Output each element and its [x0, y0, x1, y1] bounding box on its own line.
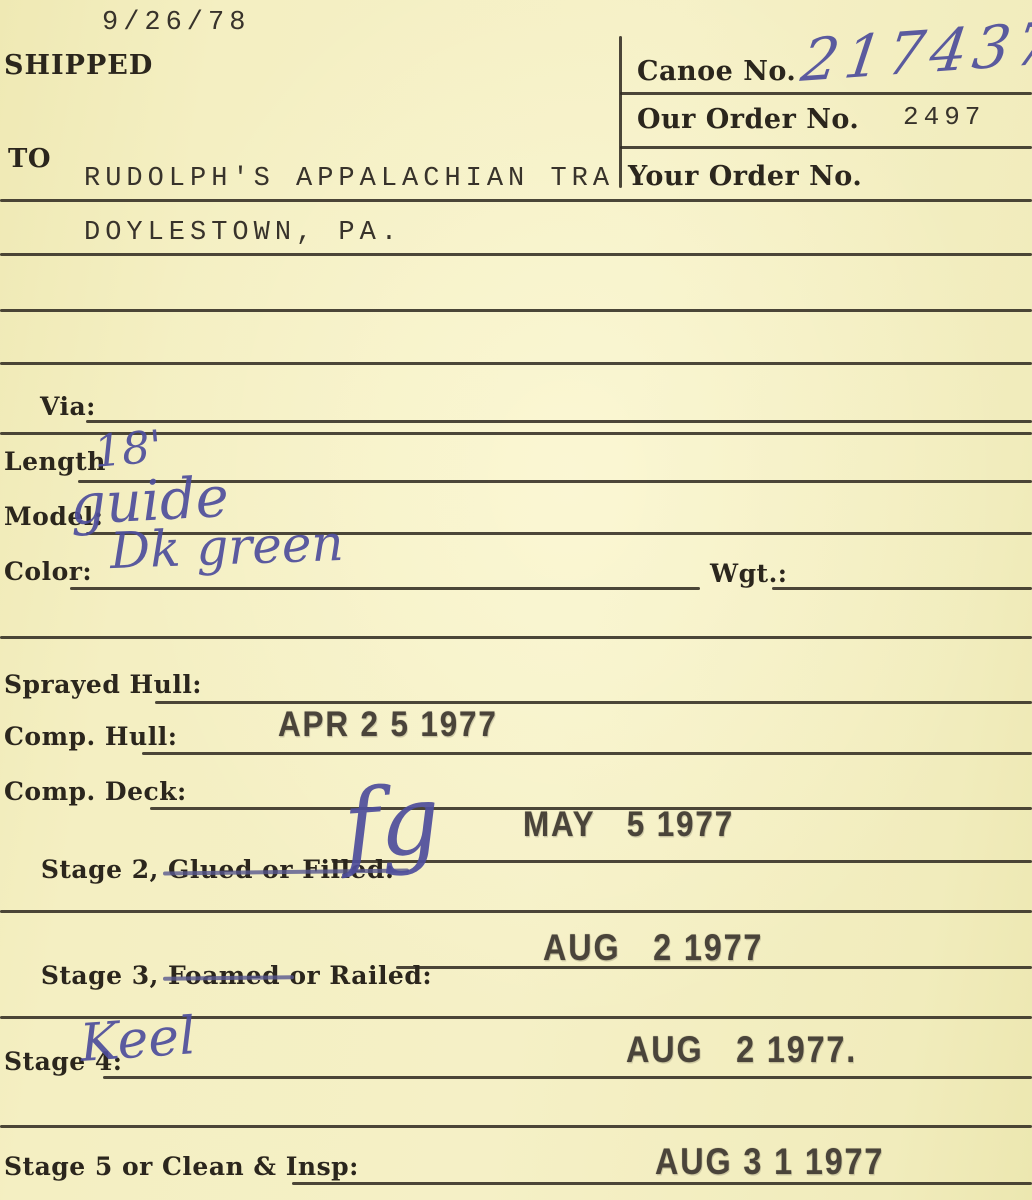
wgt-fill-line: [772, 587, 1032, 590]
color-label: Color:: [4, 559, 92, 584]
our-order-no-value: 2497: [903, 104, 985, 130]
ruled-line: [0, 199, 1032, 202]
comp-hull-label: Comp. Hull:: [4, 724, 177, 749]
color-fill-line: [70, 587, 700, 590]
address-line2-typed: DOYLESTOWN, PA.: [84, 220, 402, 247]
stage5-date-stamp: AUG 3 1 1977: [655, 1144, 884, 1181]
order-box-divider-line: [619, 36, 622, 188]
length-value-handwritten: 18': [92, 425, 164, 475]
via-label: Via:: [40, 394, 96, 419]
ruled-line: [0, 910, 1032, 913]
stage2-handwritten-initials: fg: [341, 773, 443, 874]
address-line1-typed: RUDOLPH'S APPALACHIAN TRA: [84, 166, 614, 193]
length-label: Length: [4, 449, 106, 474]
ruled-line: [0, 309, 1032, 312]
via-fill-line: [86, 420, 1032, 423]
ruled-line: [0, 253, 1032, 256]
canoe-shipping-record-card: 9/26/78 SHIPPED TO Canoe No. 217437 Our …: [0, 0, 1032, 1200]
ruled-line: [0, 636, 1032, 639]
ruled-line: [0, 1125, 1032, 1128]
stage2-label: Stage 2, Glued or Filled:: [4, 832, 395, 907]
comp-deck-label: Comp. Deck:: [4, 779, 187, 804]
ship-date-typed: 9/26/78: [102, 10, 250, 37]
stage2-date-stamp: MAY 5 1977: [523, 806, 734, 842]
stage5-label: Stage 5 or Clean & Insp:: [4, 1154, 359, 1179]
to-label: TO: [8, 146, 51, 172]
stage3-rest: or Railed:: [280, 961, 432, 990]
color-value-handwritten: Dk green: [109, 518, 344, 576]
stage3-label: Stage 3, Foamed or Railed:: [4, 938, 432, 1013]
ruled-line: [0, 362, 1032, 365]
wgt-label: Wgt.:: [710, 561, 788, 586]
comp-hull-fill-line: [142, 752, 1032, 755]
stage3-date-stamp: AUG 2 1977: [543, 930, 763, 967]
stage4-value-handwritten: Keel: [78, 1010, 197, 1070]
your-order-no-label: Your Order No.: [628, 163, 862, 190]
shipped-label: SHIPPED: [4, 52, 153, 79]
stage2-prefix: Stage 2,: [41, 855, 168, 884]
our-order-no-label: Our Order No.: [637, 106, 859, 133]
canoe-no-value-handwritten: 217437: [798, 13, 1032, 90]
comp-hull-date-stamp: APR 2 5 1977: [278, 706, 498, 742]
stage3-prefix: Stage 3,: [41, 961, 168, 990]
stage3-struck-text: Foamed: [168, 963, 280, 988]
sprayed-hull-label: Sprayed Hull:: [4, 672, 202, 697]
stage4-fill-line: [103, 1076, 1032, 1079]
ruled-line: [620, 146, 1032, 149]
stage4-date-stamp: AUG 2 1977.: [626, 1032, 857, 1069]
canoe-no-label: Canoe No.: [637, 58, 796, 85]
